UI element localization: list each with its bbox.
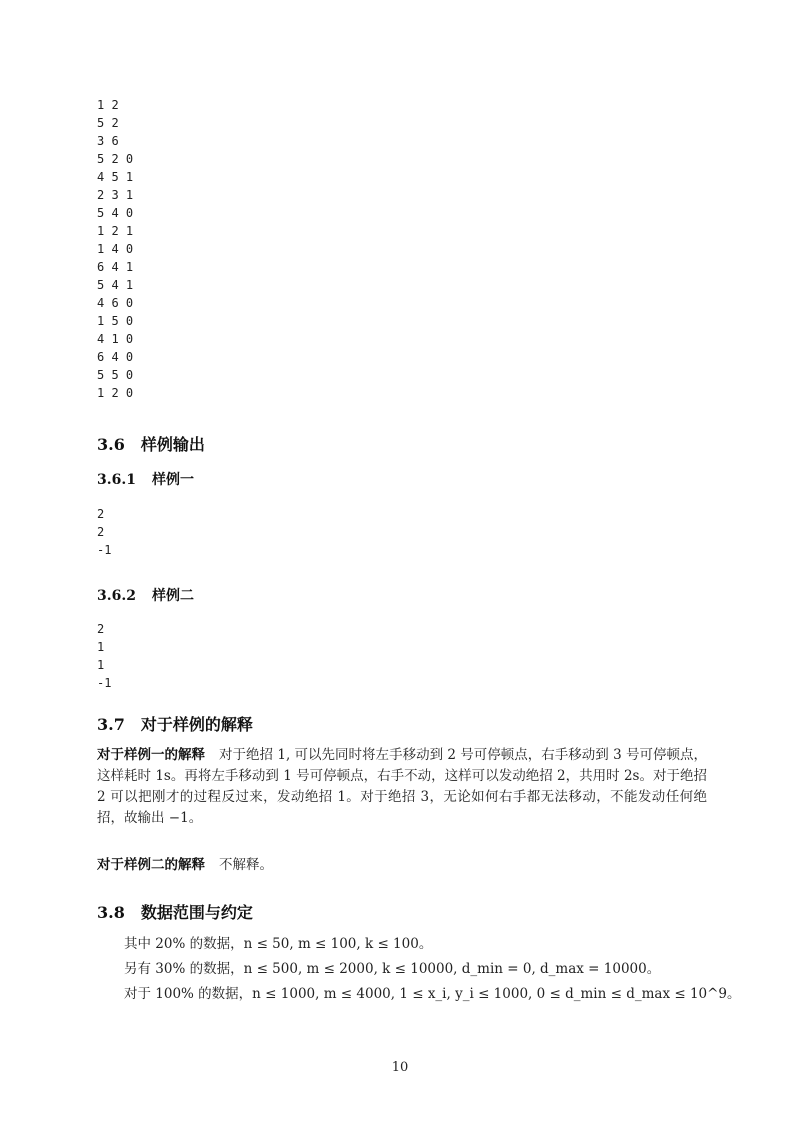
page-number: 10 bbox=[0, 1060, 800, 1075]
code-line: 4 5 1 bbox=[97, 168, 133, 186]
code-line: 5 5 0 bbox=[97, 366, 133, 384]
code-line: 1 bbox=[97, 656, 104, 674]
explanation-sample-1: 对于样例一的解释对于绝招 1, 可以先同时将左手移动到 2 号可停顿点，右手移动… bbox=[97, 745, 707, 829]
code-line: 2 3 1 bbox=[97, 186, 133, 204]
explanation-sample-2: 对于样例二的解释不解释。 bbox=[97, 855, 707, 876]
code-line: 1 bbox=[97, 638, 104, 656]
code-line: 1 5 0 bbox=[97, 312, 133, 330]
code-line: 1 2 0 bbox=[97, 384, 133, 402]
explanation-label: 对于样例一的解释 bbox=[97, 747, 205, 763]
code-line: 6 4 1 bbox=[97, 258, 133, 276]
code-line: 4 6 0 bbox=[97, 294, 133, 312]
constraint-line: 其中 20% 的数据，n ≤ 50, m ≤ 100, k ≤ 100。 bbox=[124, 934, 432, 955]
section-heading-3-6: 3.6样例输出 bbox=[97, 432, 205, 455]
code-line: 5 2 0 bbox=[97, 150, 133, 168]
section-heading-3-8: 3.8数据范围与约定 bbox=[97, 900, 253, 923]
code-line: 1 2 1 bbox=[97, 222, 133, 240]
document-page: 1 2 5 2 3 6 5 2 0 4 5 1 2 3 1 5 4 0 1 2 … bbox=[0, 0, 800, 1131]
code-line: 3 6 bbox=[97, 132, 119, 150]
code-line: 2 bbox=[97, 523, 104, 541]
code-line: 2 bbox=[97, 505, 104, 523]
explanation-label: 对于样例二的解释 bbox=[97, 857, 205, 873]
code-line: -1 bbox=[97, 674, 111, 692]
code-line: 4 1 0 bbox=[97, 330, 133, 348]
code-line: -1 bbox=[97, 541, 111, 559]
code-line: 5 2 bbox=[97, 114, 119, 132]
section-heading-3-7: 3.7对于样例的解释 bbox=[97, 712, 253, 735]
code-line: 1 4 0 bbox=[97, 240, 133, 258]
constraint-line: 另有 30% 的数据，n ≤ 500, m ≤ 2000, k ≤ 10000,… bbox=[124, 959, 660, 980]
code-line: 2 bbox=[97, 620, 104, 638]
code-line: 6 4 0 bbox=[97, 348, 133, 366]
code-line: 5 4 1 bbox=[97, 276, 133, 294]
subsection-heading-3-6-2: 3.6.2样例二 bbox=[97, 585, 194, 605]
subsection-heading-3-6-1: 3.6.1样例一 bbox=[97, 469, 194, 489]
constraint-line: 对于 100% 的数据，n ≤ 1000, m ≤ 4000, 1 ≤ x_i,… bbox=[124, 984, 741, 1005]
code-line: 1 2 bbox=[97, 96, 119, 114]
code-line: 5 4 0 bbox=[97, 204, 133, 222]
